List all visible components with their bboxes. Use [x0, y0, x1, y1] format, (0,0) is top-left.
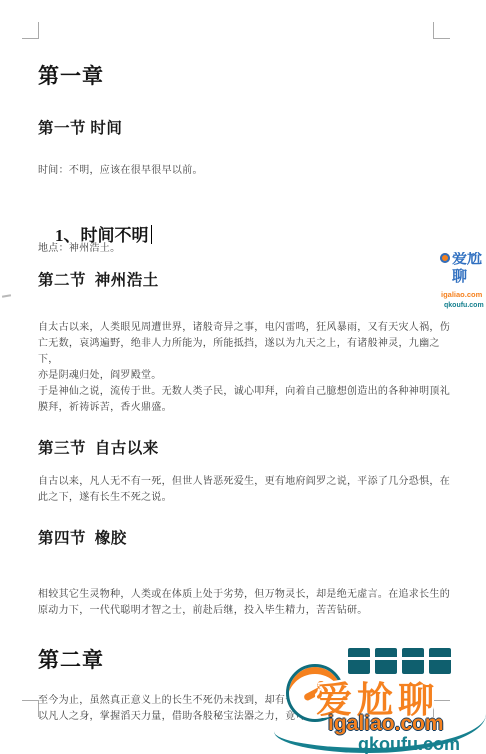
- margin-tick: [2, 294, 11, 298]
- margin-crop-mark-top-right: [433, 22, 450, 39]
- section-1-heading: 第一节 时间: [38, 116, 122, 138]
- section-1-body: 时间：不明，应该在很早很早以前。: [38, 163, 456, 179]
- watermark-glyph-block: [429, 648, 451, 674]
- side-watermark-domain-2: qkoufu.com: [444, 302, 484, 309]
- watermark-block-glyphs: [348, 648, 451, 674]
- chapter-1-heading: 第一章: [38, 60, 104, 90]
- watermark-glyph-block: [402, 648, 424, 674]
- margin-crop-mark-bottom-left: [22, 700, 39, 717]
- section-2-paragraph-2: 于是神仙之说，流传于世。无数人类子民，诚心叩拜，向着自己臆想创造出的各种神明顶礼…: [38, 384, 456, 416]
- section-3-paragraph-1: 自古以来，凡人无不有一死，但世人皆恶死爱生，更有地府阎罗之说，平添了几分恐惧，在…: [38, 474, 456, 506]
- side-watermark-brand: 爱尬聊: [452, 252, 486, 286]
- section-4-heading: 第四节 橡胶: [38, 526, 127, 548]
- section-3-heading: 第三节 自古以来: [38, 436, 159, 458]
- section-4-paragraph-1: 相较其它生灵物种，人类或在体质上处于劣势，但万物灵长，却是绝无虚言。在追求长生的…: [38, 587, 456, 619]
- watermark-logo-icon: [440, 253, 450, 263]
- section-2-paragraph-1: 自太古以来，人类眼见周遭世界，诸般奇异之事，电闪雷鸣，狂风暴雨，又有天灾人祸，伤…: [38, 320, 456, 384]
- margin-crop-mark-top-left: [22, 22, 39, 39]
- bottom-watermark: 爱尬聊 igaliao.com qkoufu.com: [286, 648, 486, 754]
- location-body: 地点：神州浩土。: [38, 241, 456, 257]
- side-watermark: 爱尬聊 igaliao.com qkoufu.com: [440, 252, 486, 318]
- chapter-2-heading: 第二章: [38, 644, 104, 674]
- watermark-glyph-block: [348, 648, 370, 674]
- watermark-glyph-block: [375, 648, 397, 674]
- side-watermark-domain: igaliao.com: [441, 290, 482, 299]
- bottom-watermark-domain-primary: igaliao.com: [328, 712, 444, 736]
- document-page: 第一章 第一节 时间 时间：不明，应该在很早很早以前。 1、时间不明 地点：神州…: [0, 0, 486, 754]
- bottom-watermark-domain-secondary: qkoufu.com: [358, 734, 460, 754]
- section-2-heading: 第二节 神州浩土: [38, 268, 159, 290]
